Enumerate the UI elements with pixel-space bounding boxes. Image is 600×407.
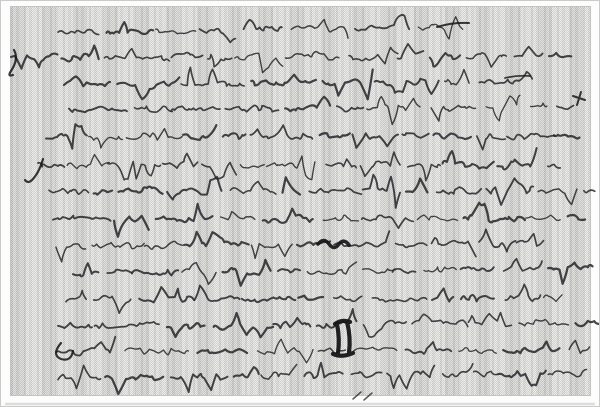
handwriting-line-14 <box>234 367 259 377</box>
handwriting-line-8 <box>53 216 111 221</box>
handwriting-line-3 <box>323 70 373 100</box>
handwriting-line-10 <box>548 263 592 284</box>
handwriting-line-8 <box>417 215 457 221</box>
handwriting-line-3 <box>181 67 244 86</box>
handwriting-line-14 <box>387 366 434 389</box>
handwriting-line-8 <box>114 216 149 237</box>
handwriting-line-14 <box>304 363 342 378</box>
handwriting-line-2 <box>208 55 232 67</box>
handwriting-line-4 <box>69 107 127 113</box>
handwriting-line-12 <box>519 320 569 326</box>
handwriting-line-14 <box>58 365 101 388</box>
handwriting-line-14 <box>351 372 381 377</box>
handwriting-line-2 <box>398 44 424 59</box>
handwriting-line-12 <box>214 313 273 337</box>
handwriting-line-5 <box>507 134 555 140</box>
handwriting-line-2 <box>61 46 98 62</box>
handwriting-line-5 <box>477 134 505 150</box>
handwriting-line-2 <box>430 53 460 67</box>
handwriting-line-6 <box>108 162 161 180</box>
handwriting-line-11 <box>544 295 563 302</box>
handwriting-line-7 <box>363 175 400 208</box>
handwriting-line-9 <box>334 231 389 246</box>
handwriting-line-6 <box>326 159 356 168</box>
handwriting-line-5 <box>89 136 123 148</box>
handwriting-line-2 <box>171 53 202 58</box>
handwriting-line-12 <box>95 322 160 328</box>
handwriting-line-8 <box>464 203 525 223</box>
handwriting-line-4 <box>225 105 278 111</box>
handwriting-line-1 <box>244 20 282 31</box>
handwriting-line-8 <box>323 215 358 221</box>
handwriting-line-6 <box>443 151 494 169</box>
handwriting-line-10 <box>363 269 395 273</box>
handwriting-line-10 <box>461 267 494 271</box>
handwriting-line-6 <box>202 163 237 179</box>
handwriting-line-5 <box>46 124 87 149</box>
handwriting-line-4 <box>486 95 520 121</box>
handwriting-line-14 <box>443 364 473 377</box>
line4-end-cross <box>573 92 585 105</box>
line2-initial-descender <box>9 50 16 76</box>
handwriting-line-5 <box>126 129 182 141</box>
handwriting-line-5 <box>554 135 580 139</box>
handwriting-line-13 <box>354 347 397 351</box>
handwriting-line-1 <box>200 29 236 43</box>
handwriting-line-5 <box>250 125 312 139</box>
handwriting-line-1 <box>156 29 196 34</box>
handwriting-line-12 <box>167 323 205 337</box>
handwriting-line-8 <box>568 215 585 220</box>
handwriting-line-10 <box>278 269 300 272</box>
handwriting-line-8 <box>221 212 255 220</box>
handwriting-line-7 <box>309 188 361 194</box>
handwriting-line-6 <box>267 156 315 180</box>
handwriting-line-12 <box>273 318 310 328</box>
handwriting-line-11 <box>298 296 323 300</box>
handwriting-line-3 <box>251 75 316 86</box>
handwriting-line-14 <box>548 369 586 376</box>
handwriting-line-13 <box>258 339 314 363</box>
handwriting-line-4 <box>135 106 173 112</box>
photo-edge-shadow <box>5 403 595 405</box>
handwriting-line-1 <box>107 22 154 34</box>
handwriting-line-10 <box>107 270 131 273</box>
handwriting-line-13 <box>56 337 115 356</box>
handwriting-line-7 <box>283 177 301 194</box>
handwriting-line-3 <box>64 77 110 87</box>
handwriting-line-6 <box>240 165 264 168</box>
handwriting-line-9 <box>56 244 86 262</box>
handwriting-line-12 <box>576 321 600 326</box>
handwriting-line-9 <box>432 238 476 257</box>
handwriting-line-10 <box>132 270 178 276</box>
handwriting-line-3 <box>445 70 469 85</box>
handwriting-line-5 <box>352 133 398 148</box>
handwriting-line-10 <box>182 263 216 285</box>
handwriting-line-1 <box>418 17 462 39</box>
handwriting-line-6 <box>408 164 440 181</box>
handwriting-line-11 <box>94 296 131 313</box>
handwriting-line-12 <box>412 314 468 327</box>
handwriting-line-7 <box>486 178 533 205</box>
handwriting-line-2 <box>11 54 58 69</box>
handwriting-line-13 <box>569 340 589 353</box>
handwriting-line-11 <box>66 291 86 302</box>
handwriting-line-4 <box>531 103 547 107</box>
handwriting-line-14 <box>261 365 297 379</box>
handwriting-line-6 <box>497 148 536 169</box>
handwriting-line-3 <box>375 79 439 94</box>
handwriting-line-1 <box>291 20 348 39</box>
handwriting-line-9 <box>252 244 293 259</box>
handwriting-line-13 <box>125 348 188 355</box>
handwriting-line-14 <box>474 371 498 377</box>
handwriting-line-8 <box>156 204 213 222</box>
handwriting-line-7 <box>119 187 163 194</box>
handwriting-line-2 <box>235 53 283 72</box>
handwriting-line-4 <box>171 106 220 111</box>
handwriting-line-7 <box>538 189 577 205</box>
handwriting-line-11 <box>505 284 540 301</box>
handwriting-line-7 <box>406 179 427 193</box>
handwriting-line-9 <box>184 232 249 247</box>
handwriting-line-11 <box>334 296 362 301</box>
handwriting-line-8 <box>526 215 560 220</box>
handwriting-line-5 <box>402 133 429 138</box>
handwriting-line-10 <box>223 260 271 286</box>
handwriting-line-12 <box>58 323 92 328</box>
handwriting-line-11 <box>139 287 194 302</box>
handwriting-line-9 <box>92 243 144 249</box>
handwriting-line-12 <box>364 321 407 337</box>
handwriting-line-10 <box>424 267 456 272</box>
handwriting-layer <box>1 1 600 407</box>
handwriting-line-13 <box>459 348 496 354</box>
handwriting-line-9 <box>479 229 516 251</box>
handwriting-line-5 <box>183 125 216 140</box>
handwriting-line-14 <box>105 375 163 394</box>
handwriting-line-7 <box>437 187 482 194</box>
handwriting-line-9 <box>144 241 182 249</box>
handwriting-line-13 <box>503 342 559 354</box>
handwriting-line-3 <box>117 77 179 99</box>
handwriting-line-4 <box>337 106 364 112</box>
handwriting-line-6 <box>548 164 560 168</box>
handwriting-line-2 <box>514 47 542 57</box>
handwriting-line-7 <box>49 189 89 195</box>
handwriting-line-14 <box>498 371 546 386</box>
handwriting-line-2 <box>549 53 571 57</box>
handwriting-line-5 <box>433 133 471 139</box>
handwriting-line-5 <box>320 133 350 137</box>
handwriting-line-6 <box>360 152 400 176</box>
handwriting-line-10 <box>307 262 356 274</box>
handwriting-line-10 <box>393 269 416 273</box>
handwriting-line-2 <box>349 47 398 63</box>
handwriting-line-2 <box>286 52 339 60</box>
handwriting-line-1 <box>58 30 99 35</box>
handwriting-line-7 <box>584 190 595 193</box>
handwriting-line-7 <box>94 190 113 195</box>
line3-end-dash <box>505 76 530 78</box>
handwriting-line-4 <box>285 97 330 111</box>
handwriting-line-11 <box>432 288 453 301</box>
manuscript-photograph <box>0 0 600 407</box>
handwriting-line-12 <box>468 313 511 327</box>
handwriting-line-9 <box>396 243 427 247</box>
handwriting-line-2 <box>104 49 169 61</box>
handwriting-line-14 <box>171 374 228 392</box>
handwriting-line-11 <box>372 298 426 302</box>
handwriting-line-4 <box>431 105 475 121</box>
handwriting-line-10 <box>73 263 98 276</box>
handwriting-line-10 <box>504 259 542 271</box>
handwriting-line-13 <box>197 349 247 353</box>
handwriting-line-4 <box>367 97 420 125</box>
handwriting-line-6 <box>163 154 198 169</box>
handwriting-line-7 <box>230 182 276 195</box>
handwriting-line-9 <box>516 234 543 246</box>
handwriting-line-6 <box>67 155 109 169</box>
handwriting-line-8 <box>362 215 414 228</box>
handwriting-line-2 <box>466 53 506 67</box>
handwriting-line-13 <box>405 342 451 354</box>
handwriting-line-11 <box>242 297 296 302</box>
bottom-tick-marks <box>353 392 372 400</box>
handwriting-line-4 <box>557 106 574 110</box>
handwriting-line-1 <box>355 15 409 31</box>
handwriting-line-5 <box>223 133 246 139</box>
handwriting-line-11 <box>194 286 239 302</box>
handwriting-line-8 <box>263 209 313 223</box>
handwriting-line-11 <box>461 295 494 301</box>
handwriting-line-7 <box>167 177 221 200</box>
